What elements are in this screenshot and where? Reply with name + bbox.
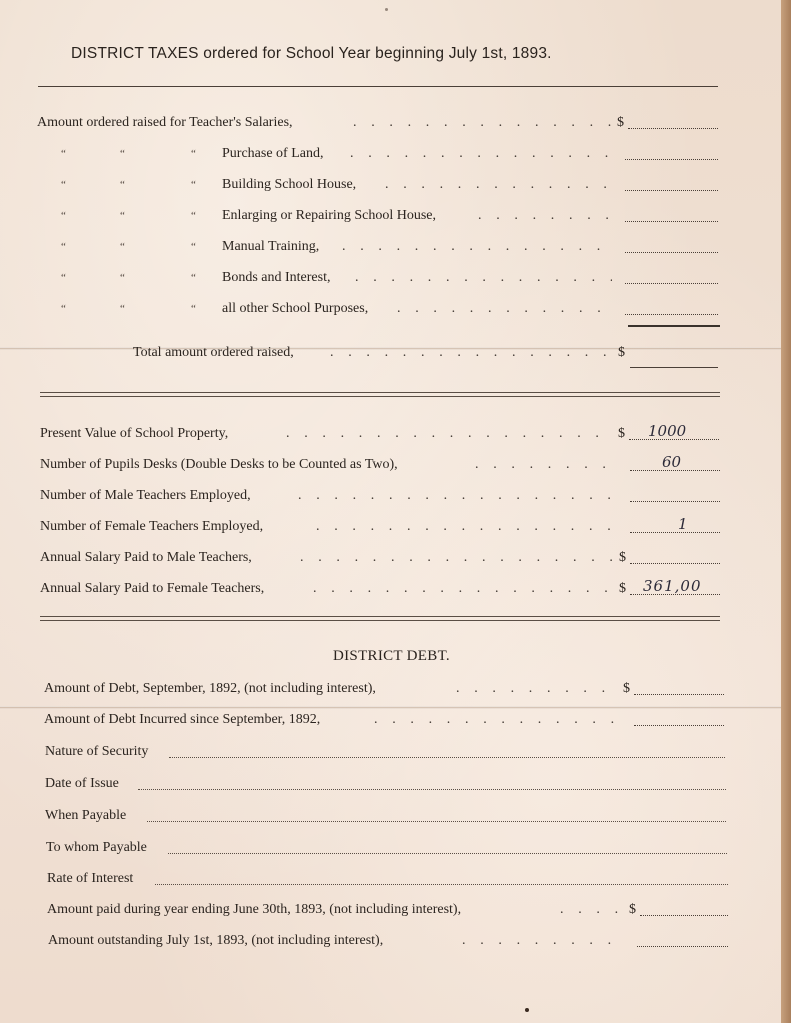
dot-leader: . . . . . . . . . . . .: [478, 206, 612, 226]
debt-row-amount-paid: Amount paid during year ending June 30th…: [0, 900, 783, 920]
row-label: Amount outstanding July 1st, 1893, (not …: [48, 931, 383, 951]
section-divider: [40, 616, 720, 621]
dollar-sign: $: [618, 343, 625, 363]
row-label: Annual Salary Paid to Male Teachers,: [40, 548, 252, 568]
dollar-sign: $: [617, 113, 624, 133]
dot-leader: . . . . . . . . . . . . . . . . . . . . …: [313, 579, 613, 599]
ditto-mark: “: [61, 175, 66, 195]
row-label: Amount paid during year ending June 30th…: [47, 900, 461, 920]
handwritten-value: 1: [678, 514, 688, 534]
ditto-mark: “: [120, 144, 125, 164]
purchase-land-field[interactable]: [625, 159, 718, 160]
dot-leader: . . . . . . . . . . . . . . . . . . . . …: [316, 517, 613, 537]
ditto-mark: “: [191, 268, 196, 288]
tax-row-total: Total amount ordered raised, . . . . . .…: [0, 343, 783, 363]
dot-leader: . . . . . . . . . . . . . . . . . . . . …: [350, 144, 612, 164]
sum-rule: [628, 325, 720, 327]
male-teachers-field[interactable]: [630, 501, 720, 502]
row-label: Number of Pupils Desks (Double Desks to …: [40, 455, 398, 475]
row-label: all other School Purposes,: [222, 299, 368, 319]
dot-leader: . . . . . . . . . . . . . . . . . . . . …: [286, 424, 613, 444]
ditto-mark: “: [191, 237, 196, 257]
ditto-mark: “: [120, 268, 125, 288]
debt-row-incurred: Amount of Debt Incurred since September,…: [0, 710, 783, 730]
row-label: Present Value of School Property,: [40, 424, 228, 444]
property-row-value: Present Value of School Property, . . . …: [0, 424, 783, 444]
dot-leader: . . . . . . . . . . . .: [475, 455, 613, 475]
handwritten-value: 60: [662, 452, 681, 472]
dot-leader: . . . . . . . . . . . . . . . . . . . . …: [385, 175, 612, 195]
row-label: When Payable: [45, 806, 126, 826]
dot-leader: . . . . . . . . . . . . . . . . . . . . …: [330, 343, 612, 363]
amount-paid-field[interactable]: [640, 915, 728, 916]
ditto-mark: “: [191, 144, 196, 164]
male-salary-field[interactable]: [630, 563, 720, 564]
dot-leader: . . . . . . . . . . . . . . . . . . . . …: [355, 268, 612, 288]
ditto-mark: “: [191, 299, 196, 319]
section-divider: [40, 392, 720, 397]
ditto-mark: “: [120, 237, 125, 257]
ink-spot: [525, 1008, 529, 1012]
other-purposes-field[interactable]: [625, 314, 718, 315]
debt-row-outstanding: Amount outstanding July 1st, 1893, (not …: [0, 931, 783, 951]
ditto-mark: “: [120, 175, 125, 195]
row-label: Nature of Security: [45, 742, 148, 762]
dollar-sign: $: [629, 900, 636, 920]
debt-row-security: Nature of Security: [0, 742, 783, 762]
teacher-salaries-field[interactable]: [628, 128, 718, 129]
dollar-sign: $: [619, 579, 626, 599]
divider: [38, 86, 718, 87]
row-label: Purchase of Land,: [222, 144, 323, 164]
handwritten-value: 1000: [648, 421, 686, 441]
ditto-mark: “: [61, 206, 66, 226]
dot-leader: . . . . . . . . . . . . .: [462, 931, 624, 951]
ditto-mark: “: [61, 144, 66, 164]
ditto-mark: “: [61, 268, 66, 288]
dot-leader: . . . . . . . . . . . . . . . . . . . . …: [342, 237, 612, 257]
paper-fold: [0, 706, 783, 709]
when-payable-field[interactable]: [147, 821, 726, 822]
row-label: Date of Issue: [45, 774, 119, 794]
dollar-sign: $: [623, 679, 630, 699]
total-label: Total amount ordered raised,: [133, 343, 294, 363]
row-label: Amount ordered raised for Teacher's Sala…: [37, 113, 293, 133]
property-row-female-salary: Annual Salary Paid to Female Teachers, .…: [0, 579, 783, 599]
debt-incurred-field[interactable]: [634, 725, 724, 726]
female-teachers-field[interactable]: [630, 532, 720, 533]
row-label: Number of Male Teachers Employed,: [40, 486, 251, 506]
row-label: To whom Payable: [46, 838, 147, 858]
tax-row-land: “ “ “ Purchase of Land, . . . . . . . . …: [0, 144, 783, 164]
nature-of-security-field[interactable]: [169, 757, 725, 758]
row-label: Enlarging or Repairing School House,: [222, 206, 436, 226]
row-label: Amount of Debt Incurred since September,…: [44, 710, 320, 730]
debt-row-when-payable: When Payable: [0, 806, 783, 826]
ditto-mark: “: [191, 175, 196, 195]
page-title: DISTRICT TAXES ordered for School Year b…: [71, 45, 721, 63]
ditto-mark: “: [61, 237, 66, 257]
building-school-field[interactable]: [625, 190, 718, 191]
tax-row-teacher-salaries: Amount ordered raised for Teacher's Sala…: [0, 113, 783, 133]
ditto-mark: “: [120, 299, 125, 319]
tax-row-repairing: “ “ “ Enlarging or Repairing School Hous…: [0, 206, 783, 226]
debt-row-rate: Rate of Interest: [0, 869, 783, 889]
dot-leader: . . . . . . . . . . . . . . . . . . . .: [374, 710, 618, 730]
dollar-sign: $: [618, 424, 625, 444]
dot-leader: . . . . . . . . . . . . . . . . . . . . …: [353, 113, 613, 133]
ditto-mark: “: [191, 206, 196, 226]
row-label: Manual Training,: [222, 237, 319, 257]
ditto-mark: “: [120, 206, 125, 226]
bonds-interest-field[interactable]: [625, 283, 718, 284]
total-field[interactable]: [630, 367, 718, 368]
form-page: DISTRICT TAXES ordered for School Year b…: [0, 0, 783, 1023]
dot-leader: . . . . . . . . . . . . . . . . . . . . …: [300, 548, 613, 568]
dot-leader: . . . . . . . . . . . . .: [456, 679, 618, 699]
debt-1892-field[interactable]: [634, 694, 724, 695]
row-label: Annual Salary Paid to Female Teachers,: [40, 579, 264, 599]
debt-row-date-issue: Date of Issue: [0, 774, 783, 794]
property-row-male-salary: Annual Salary Paid to Male Teachers, . .…: [0, 548, 783, 568]
dot-leader: . . . . . . . . . . . . . . . . . . . . …: [298, 486, 613, 506]
tax-row-bonds: “ “ “ Bonds and Interest, . . . . . . . …: [0, 268, 783, 288]
debt-row-amount-1892: Amount of Debt, September, 1892, (not in…: [0, 679, 783, 699]
dot-leader: . . . . .: [560, 900, 626, 920]
row-label: Amount of Debt, September, 1892, (not in…: [44, 679, 376, 699]
row-label: Building School House,: [222, 175, 356, 195]
handwritten-value: 361,00: [643, 576, 702, 596]
dollar-sign: $: [619, 548, 626, 568]
ink-spot: [385, 8, 388, 11]
debt-row-to-whom: To whom Payable: [0, 838, 783, 858]
dot-leader: . . . . . . . . . . . . . . . . . . .: [397, 299, 612, 319]
row-label: Bonds and Interest,: [222, 268, 330, 288]
tax-row-other: “ “ “ all other School Purposes, . . . .…: [0, 299, 783, 319]
repairing-school-field[interactable]: [625, 221, 718, 222]
tax-row-manual-training: “ “ “ Manual Training, . . . . . . . . .…: [0, 237, 783, 257]
paper-edge: [781, 0, 791, 1023]
property-row-desks: Number of Pupils Desks (Double Desks to …: [0, 455, 783, 475]
tax-row-building: “ “ “ Building School House, . . . . . .…: [0, 175, 783, 195]
section-heading-debt: DISTRICT DEBT.: [0, 648, 783, 665]
rate-of-interest-field[interactable]: [155, 884, 728, 885]
amount-outstanding-field[interactable]: [637, 946, 728, 947]
manual-training-field[interactable]: [625, 252, 718, 253]
ditto-mark: “: [61, 299, 66, 319]
row-label: Number of Female Teachers Employed,: [40, 517, 263, 537]
property-row-female-teachers: Number of Female Teachers Employed, . . …: [0, 517, 783, 537]
row-label: Rate of Interest: [47, 869, 133, 889]
date-of-issue-field[interactable]: [138, 789, 726, 790]
property-row-male-teachers: Number of Male Teachers Employed, . . . …: [0, 486, 783, 506]
to-whom-payable-field[interactable]: [168, 853, 727, 854]
